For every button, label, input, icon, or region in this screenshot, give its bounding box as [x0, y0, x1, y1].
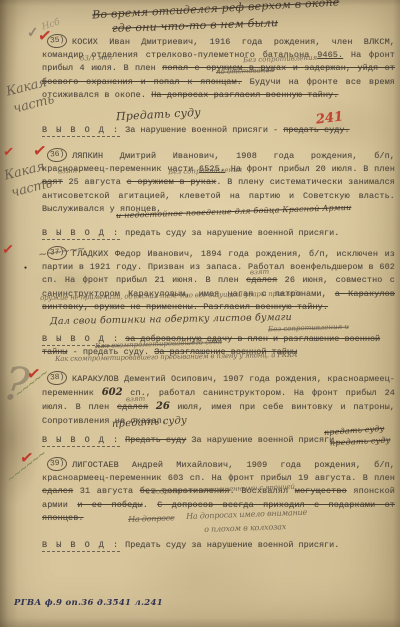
archive-stamp: РГВА ф.9 оп.36 д.3541 л.241	[14, 598, 163, 608]
hw-note: Без сопротивления	[168, 167, 242, 177]
top-scribble: где они что-то в нем были	[112, 17, 278, 34]
hw-note: Без сопротивления	[243, 55, 317, 65]
hw-note: взят	[58, 168, 78, 176]
annotations-layer: Во время отсиделся реф верхом в окопегде…	[0, 0, 400, 627]
check-icon: ✓	[27, 26, 40, 41]
hw-note: оружие не применили, объяснил тем что вс…	[40, 290, 302, 302]
hw-note: взят	[250, 269, 269, 277]
hw-note: предать суду	[330, 436, 391, 448]
hw-note: и недостойное поведение для бойца Красно…	[116, 204, 352, 221]
hw-note: Дал свои ботинки на обертку листов бумаг…	[50, 313, 292, 327]
hw-note: взят	[126, 396, 145, 404]
hw-note: На допросе	[128, 514, 175, 524]
scribble: ~~~~~~	[37, 243, 84, 261]
hw-note: по отставании	[216, 67, 275, 76]
blot: ●	[24, 266, 27, 271]
document-page: 35)КОСИХ Иван Дмитриевич, 1916 года рожд…	[0, 0, 400, 627]
hw-note: Как скомпрометировавшего себя	[95, 339, 222, 351]
check-icon: ✓	[2, 145, 14, 160]
hw-verdict-note: предать суду	[112, 416, 188, 430]
hw-note: Как скомпрометировавшего пребыванием в п…	[55, 352, 297, 364]
hw-note: 63/1 мсп	[80, 54, 112, 62]
check-icon: ✓	[1, 242, 14, 258]
hw-note: о плохом в колхозах	[204, 523, 286, 534]
hw-note: с добровольно возвращенными с японией	[146, 484, 295, 497]
hw-note: На допросах имело внимание	[186, 509, 307, 522]
hw-note: Без сопротивления и	[268, 324, 349, 334]
check-icon: ✓	[32, 142, 48, 160]
hw-verdict-note: Предать суду	[116, 107, 201, 123]
